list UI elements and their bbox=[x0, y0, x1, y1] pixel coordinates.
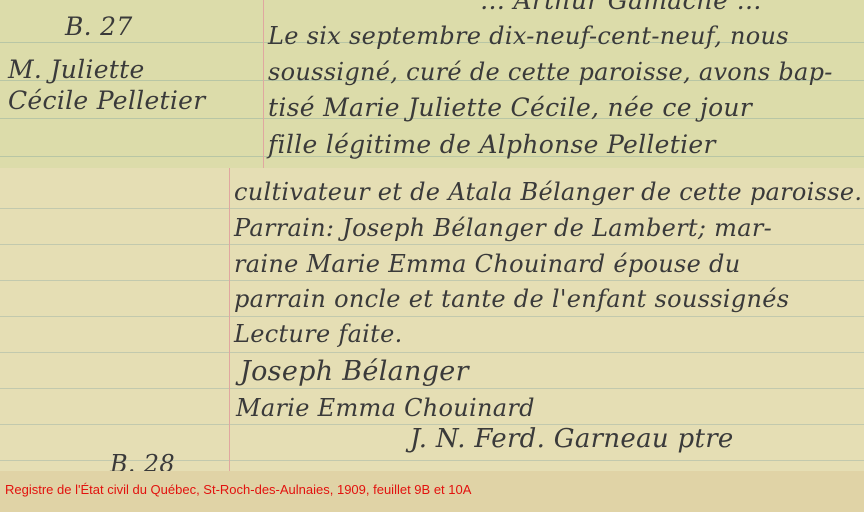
margin-rule bbox=[263, 0, 264, 168]
signature-godmother: Marie Emma Chouinard bbox=[236, 394, 535, 422]
record-line-7: raine Marie Emma Chouinard épouse du bbox=[234, 250, 740, 278]
entry-number: B. 27 bbox=[65, 12, 133, 41]
record-line-9: Lecture faite. bbox=[234, 320, 403, 348]
register-scan-top: B. 27 M. Juliette Cécile Pelletier … Art… bbox=[0, 0, 864, 168]
source-caption: Registre de l'État civil du Québec, St-R… bbox=[5, 482, 471, 497]
caption-bar: Registre de l'État civil du Québec, St-R… bbox=[0, 471, 864, 512]
margin-rule bbox=[229, 168, 230, 471]
record-line-2: soussigné, curé de cette paroisse, avons… bbox=[268, 58, 833, 86]
record-line-4: fille légitime de Alphonse Pelletier bbox=[268, 130, 716, 159]
record-line-1: Le six septembre dix-neuf-cent-neuf, nou… bbox=[268, 22, 789, 50]
record-line-5: cultivateur et de Atala Bélanger de cett… bbox=[234, 178, 862, 206]
margin-name-line-1: M. Juliette bbox=[8, 55, 145, 84]
record-line-6: Parrain: Joseph Bélanger de Lambert; mar… bbox=[234, 214, 772, 242]
record-line-3: tisé Marie Juliette Cécile, née ce jour bbox=[268, 93, 752, 122]
record-line-8: parrain oncle et tante de l'enfant souss… bbox=[234, 285, 789, 313]
next-entry-number: B. 28 bbox=[110, 450, 175, 471]
signature-godfather: Joseph Bélanger bbox=[240, 356, 469, 387]
margin-name-line-2: Cécile Pelletier bbox=[8, 86, 206, 115]
signature-priest: J. N. Ferd. Garneau ptre bbox=[410, 424, 734, 454]
record-line-0: … Arthur Gamache … bbox=[480, 0, 762, 15]
register-scan-bottom: cultivateur et de Atala Bélanger de cett… bbox=[0, 168, 864, 471]
